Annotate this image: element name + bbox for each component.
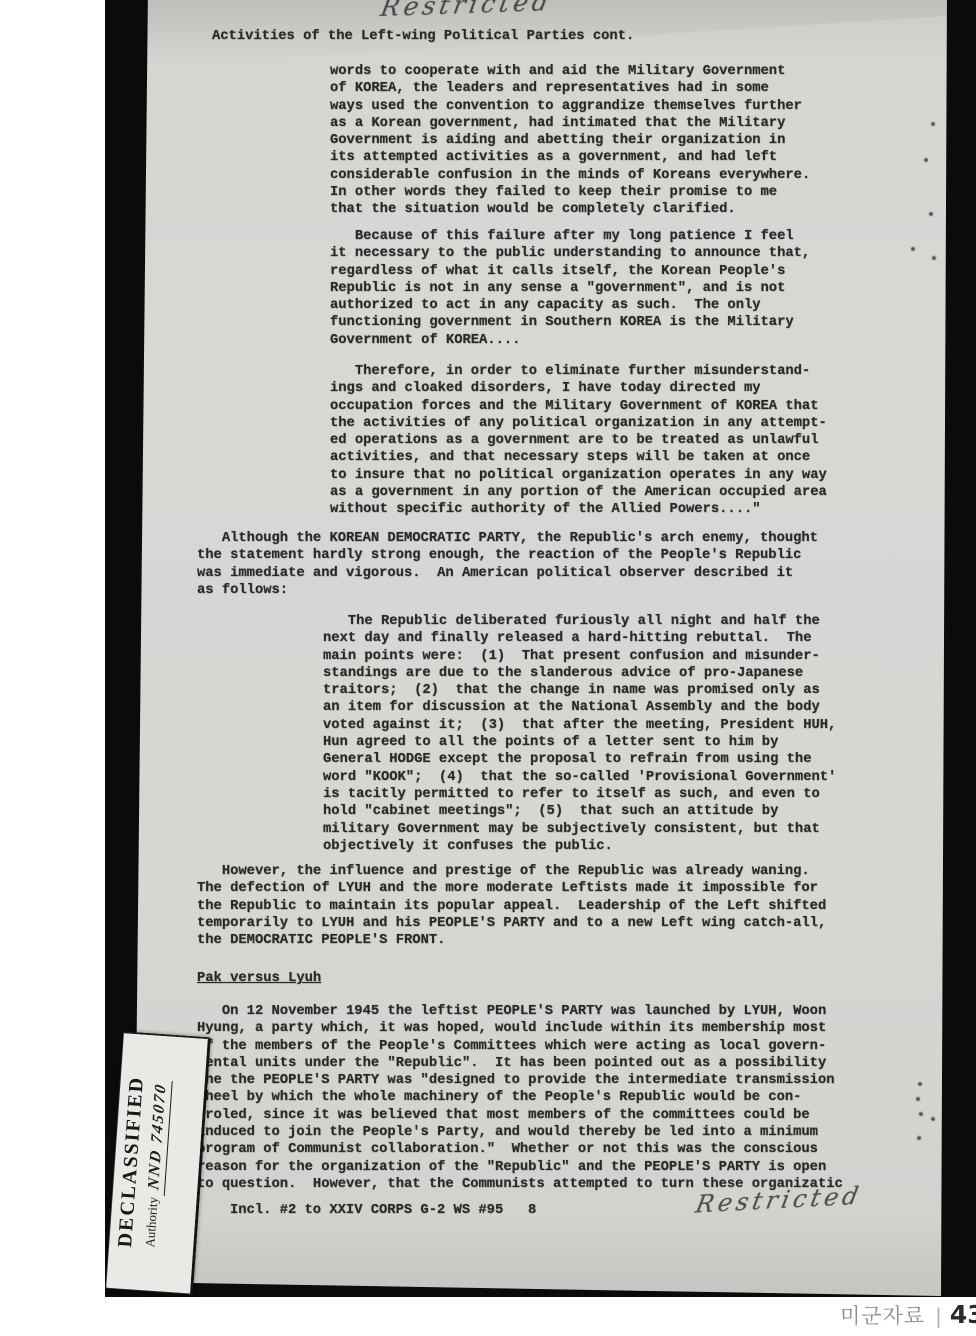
document-page: Restricted Activities of the Left-wing P… [133,0,947,1297]
quoted-paragraph-1: words to cooperate with and aid the Mili… [330,63,810,219]
body-paragraph-3: On 12 November 1945 the leftist PEOPLE'S… [197,1003,843,1193]
caption-source: 미군자료 [840,1304,925,1328]
screenshot-root: Restricted Activities of the Left-wing P… [0,0,976,1336]
document-title: Activities of the Left-wing Political Pa… [212,28,634,45]
quoted-paragraph-2: Because of this failure after my long pa… [330,228,810,349]
ink-speck [929,212,933,216]
page-caption: 미군자료|435 [840,1300,976,1330]
stamp-authority-label: Authority [142,1196,160,1247]
ink-speck [924,158,928,162]
enclosure-footer: Incl. #2 to XXIV CORPS G-2 WS #95 8 [230,1202,536,1219]
body-paragraph-2: However, the influence and prestige of t… [197,863,826,949]
ink-speck [931,122,935,126]
quoted-paragraph-4: The Republic deliberated furiously all n… [323,613,836,855]
handwritten-restricted-top: Restricted [378,0,554,22]
caption-separator: | [935,1304,942,1328]
body-paragraph-1: Although the KOREAN DEMOCRATIC PARTY, th… [197,530,818,599]
stamp-authority-value: NND 745070 [145,1077,173,1196]
caption-page-number: 435 [950,1300,976,1329]
ink-speck [919,1112,923,1116]
declassified-stamp: DECLASSIFIED Authority NND 745070 [105,1031,211,1295]
ink-speck [931,1117,935,1121]
ink-speck [932,256,936,260]
ink-speck [916,1097,920,1101]
ink-speck [917,1136,921,1140]
ink-speck [918,1082,922,1086]
scanned-photo: Restricted Activities of the Left-wing P… [105,0,976,1297]
ink-speck [911,247,915,251]
quoted-paragraph-3: Therefore, in order to eliminate further… [330,363,827,519]
section-heading: Pak versus Lyuh [197,970,321,987]
